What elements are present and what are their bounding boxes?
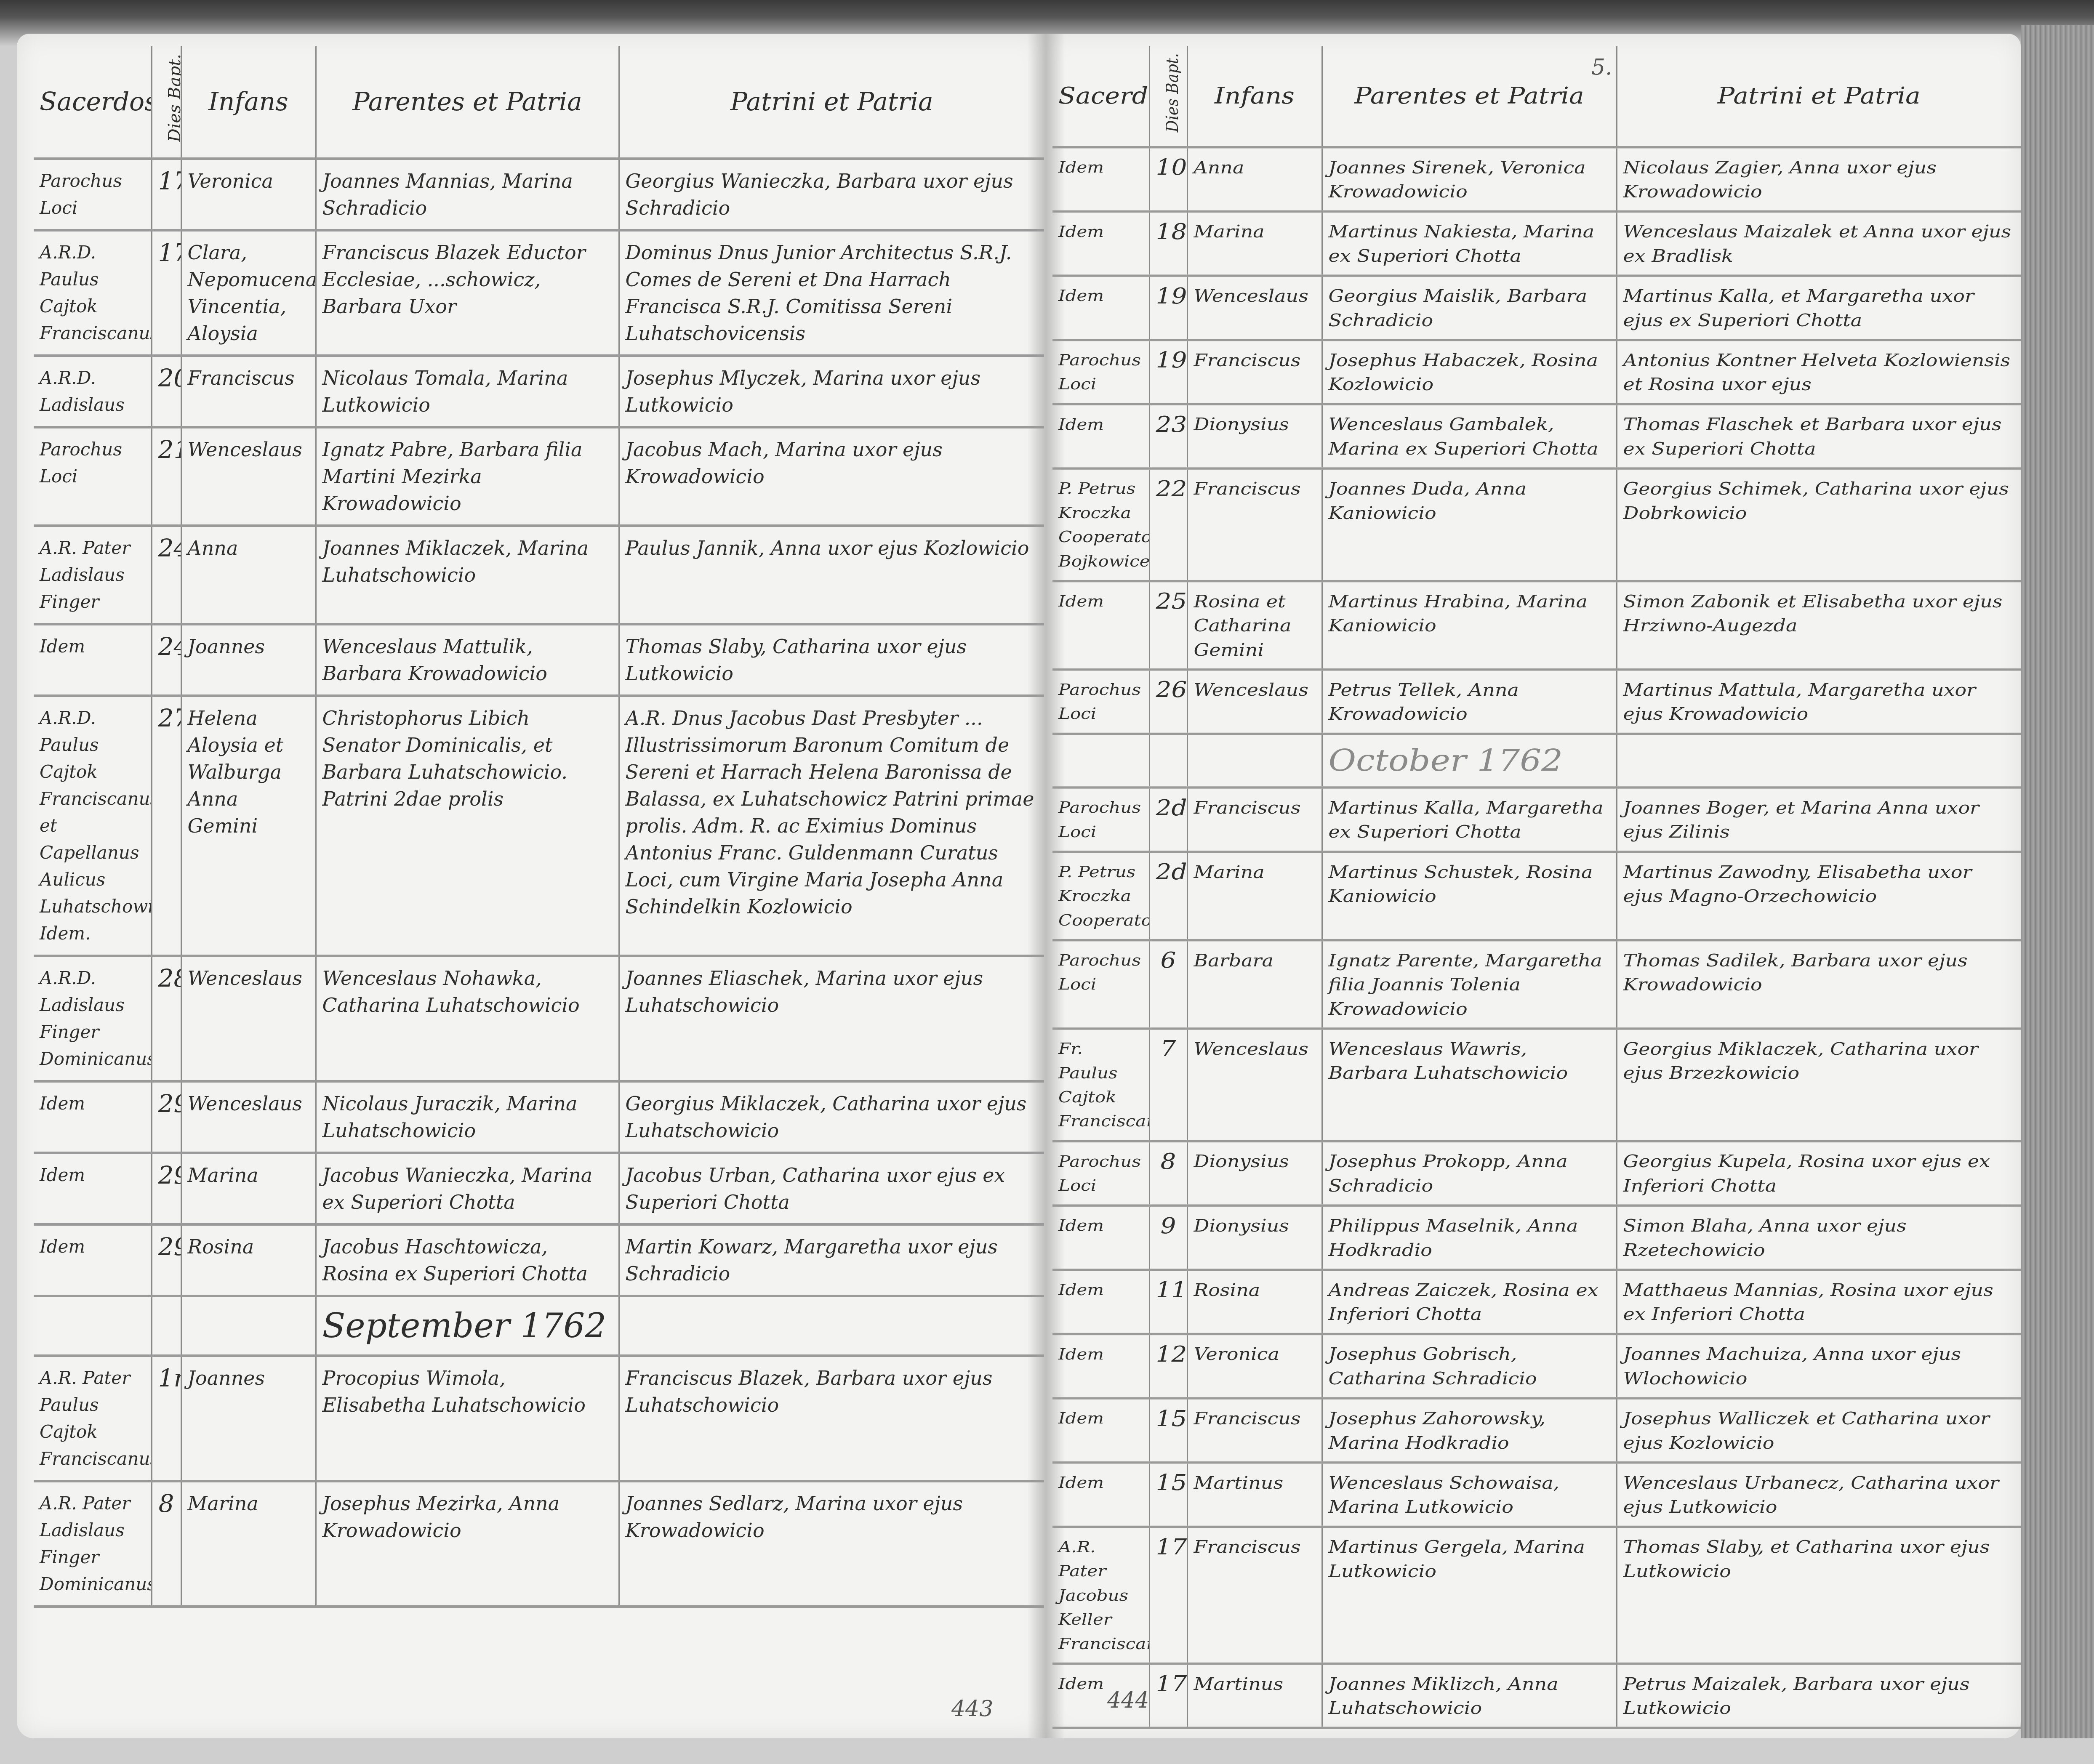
infans-cell: Wenceslaus [1187, 1029, 1322, 1141]
parentes-cell: Ignatz Parente, Margaretha filia Joannis… [1322, 940, 1617, 1029]
day-cell: 26 [1149, 670, 1187, 734]
patrini-cell: Martin Kowarz, Margaretha uxor ejus Schr… [619, 1224, 1044, 1296]
sacerdos-cell: Idem [1052, 147, 1149, 212]
day-cell: 2do [1149, 852, 1187, 940]
sacerdos-cell: Parochus Loci [34, 427, 152, 526]
infans-cell: Franciscus [181, 356, 316, 427]
sacerdos-cell: Idem [34, 624, 152, 696]
patrini-cell: Dominus Dnus Junior Architectus S.R.J. C… [619, 230, 1044, 356]
infans-cell: Joannes [181, 624, 316, 696]
sacerdos-cell: Parochus Loci [1052, 1141, 1149, 1206]
parentes-cell: Nicolaus Tomala, Marina Lutkowicio [316, 356, 619, 427]
sacerdos-cell: Idem [1052, 276, 1149, 340]
infans-cell: Rosina [1187, 1270, 1322, 1334]
left-register-table: Sacerdos Dies Bapt. Infans Parentes et P… [34, 46, 1044, 1608]
header-row: Sacerdos Dies Bapt. Infans Parentes et P… [34, 46, 1044, 159]
infans-cell: Veronica [1187, 1334, 1322, 1399]
corner-mark: 5. [1591, 55, 1612, 80]
book-spread: Sacerdos Dies Bapt. Infans Parentes et P… [0, 0, 2094, 1764]
patrini-cell: Wenceslaus Maizalek et Anna uxor ejus ex… [1617, 212, 2021, 276]
sacerdos-cell: A.R.D. Ladislaus [34, 356, 152, 427]
right-register-table: Sacerdos Dies Bapt. Infans Parentes et P… [1052, 46, 2021, 1729]
col-header-infans: Infans [1187, 46, 1322, 147]
infans-cell: Martinus [1187, 1463, 1322, 1527]
infans-cell: Veronica [181, 159, 316, 230]
parentes-cell: Joannes Mannias, Marina Schradicio [316, 159, 619, 230]
day-cell: 25 [1149, 581, 1187, 670]
day-cell: 22 [1149, 468, 1187, 581]
parentes-cell: Jacobus Haschtowicza, Rosina ex Superior… [316, 1224, 619, 1296]
infans-cell: Franciscus [1187, 1527, 1322, 1664]
empty-cell [1149, 734, 1187, 788]
day-cell: 11 [1149, 1270, 1187, 1334]
patrini-cell: Antonius Kontner Helveta Kozlowiensis et… [1617, 340, 2021, 404]
register-entry: A.R.D. Paulus Cajtok Franciscanus et Cap… [34, 696, 1044, 956]
patrini-cell: Nicolaus Zagier, Anna uxor ejus Krowadow… [1617, 147, 2021, 212]
col-header-sacerdos: Sacerdos [1052, 46, 1149, 147]
empty-cell [181, 1296, 316, 1356]
sacerdos-cell: Idem [1052, 1270, 1149, 1334]
month-heading: September 1762 [316, 1296, 619, 1356]
register-entry: Idem11RosinaAndreas Zaiczek, Rosina ex I… [1052, 1270, 2021, 1334]
patrini-cell: Simon Blaha, Anna uxor ejus Rzetechowici… [1617, 1206, 2021, 1270]
sacerdos-cell: Parochus Loci [1052, 788, 1149, 852]
parentes-cell: Wenceslaus Wawris, Barbara Luhatschowici… [1322, 1029, 1617, 1141]
empty-cell [619, 1296, 1044, 1356]
parentes-cell: Andreas Zaiczek, Rosina ex Inferiori Cho… [1322, 1270, 1617, 1334]
patrini-cell: Georgius Miklaczek, Catharina uxor ejus … [1617, 1029, 2021, 1141]
infans-cell: Wenceslaus [181, 956, 316, 1081]
parentes-cell: Josephus Prokopp, Anna Schradicio [1322, 1141, 1617, 1206]
infans-cell: Franciscus [1187, 1399, 1322, 1463]
sacerdos-cell: Idem [34, 1081, 152, 1153]
parentes-cell: Martinus Gergela, Marina Lutkowicio [1322, 1527, 1617, 1664]
infans-cell: Rosina et Catharina Gemini [1187, 581, 1322, 670]
patrini-cell: Georgius Kupela, Rosina uxor ejus ex Inf… [1617, 1141, 2021, 1206]
day-cell: 17 [1149, 1527, 1187, 1664]
parentes-cell: Christophorus Libich Senator Dominicalis… [316, 696, 619, 956]
day-cell: 6 [1149, 940, 1187, 1029]
parentes-cell: Martinus Nakiesta, Marina ex Superiori C… [1322, 212, 1617, 276]
parentes-cell: Procopius Wimola, Elisabetha Luhatschowi… [316, 1356, 619, 1481]
register-entry: Parochus Loci21WenceslausIgnatz Pabre, B… [34, 427, 1044, 526]
sacerdos-cell: P. Petrus Kroczka Cooperator Bojkowicens… [1052, 468, 1149, 581]
parentes-cell: Franciscus Blazek Eductor Ecclesiae, ...… [316, 230, 619, 356]
empty-cell [1617, 734, 2021, 788]
patrini-cell: Matthaeus Mannias, Rosina uxor ejus ex I… [1617, 1270, 2021, 1334]
infans-cell: Marina [181, 1153, 316, 1224]
day-cell: 18 [1149, 212, 1187, 276]
parentes-cell: Wenceslaus Schowaisa, Marina Lutkowicio [1322, 1463, 1617, 1527]
parentes-cell: Nicolaus Juraczik, Marina Luhatschowicio [316, 1081, 619, 1153]
page-edges [2021, 25, 2094, 1738]
day-cell: 28 [152, 956, 181, 1081]
patrini-cell: Georgius Schimek, Catharina uxor ejus Do… [1617, 468, 2021, 581]
parentes-cell: Joannes Duda, Anna Kaniowicio [1322, 468, 1617, 581]
patrini-cell: Georgius Miklaczek, Catharina uxor ejus … [619, 1081, 1044, 1153]
parentes-cell: Joannes Miklaczek, Marina Luhatschowicio [316, 526, 619, 624]
patrini-cell: Thomas Sadilek, Barbara uxor ejus Krowad… [1617, 940, 2021, 1029]
col-header-parentes: Parentes et Patria [1322, 46, 1617, 147]
infans-cell: Clara, Nepomucena, Vincentia, Aloysia [181, 230, 316, 356]
patrini-cell: Franciscus Blazek, Barbara uxor ejus Luh… [619, 1356, 1044, 1481]
register-entry: Idem25Rosina et Catharina GeminiMartinus… [1052, 581, 2021, 670]
day-cell: 17 [1149, 1664, 1187, 1728]
register-entry: A.R.D. Ladislaus Finger Dominicanus28Wen… [34, 956, 1044, 1081]
infans-cell: Franciscus [1187, 340, 1322, 404]
sacerdos-cell: A.R.D. Paulus Cajtok Franciscanus et Cap… [34, 696, 152, 956]
sacerdos-cell: A.R.D. Paulus Cajtok Franciscanus [34, 230, 152, 356]
register-entry: Idem17MartinusJoannes Miklizch, Anna Luh… [1052, 1664, 2021, 1728]
register-entry: Idem23DionysiusWenceslaus Gambalek, Mari… [1052, 404, 2021, 469]
parentes-cell: Josephus Mezirka, Anna Krowadowicio [316, 1481, 619, 1607]
infans-cell: Anna [181, 526, 316, 624]
patrini-cell: Joannes Machuiza, Anna uxor ejus Wlochow… [1617, 1334, 2021, 1399]
empty-cell [34, 1296, 152, 1356]
register-entry: Idem24JoannesWenceslaus Mattulik, Barbar… [34, 624, 1044, 696]
sacerdos-cell: Idem [1052, 1399, 1149, 1463]
register-entry: Parochus Loci19FranciscusJosephus Habacz… [1052, 340, 2021, 404]
patrini-cell: Joannes Boger, et Marina Anna uxor ejus … [1617, 788, 2021, 852]
day-cell: 29 [152, 1153, 181, 1224]
register-entry: Idem9DionysiusPhilippus Maselnik, Anna H… [1052, 1206, 2021, 1270]
day-cell: 10 [1149, 147, 1187, 212]
col-header-dies: Dies Bapt. [1149, 46, 1187, 147]
sacerdos-cell: Parochus Loci [1052, 670, 1149, 734]
month-heading-row: September 1762 [34, 1296, 1044, 1356]
sacerdos-cell: A.R. Pater Paulus Cajtok Franciscanus [34, 1356, 152, 1481]
day-cell: 12 [1149, 1334, 1187, 1399]
empty-cell [1052, 734, 1149, 788]
day-cell: 19 [1149, 340, 1187, 404]
parentes-cell: Wenceslaus Mattulik, Barbara Krowadowici… [316, 624, 619, 696]
patrini-cell: Joannes Eliaschek, Marina uxor ejus Luha… [619, 956, 1044, 1081]
infans-cell: Anna [1187, 147, 1322, 212]
col-header-sacerdos: Sacerdos [34, 46, 152, 159]
patrini-cell: Jacobus Mach, Marina uxor ejus Krowadowi… [619, 427, 1044, 526]
empty-cell [1187, 734, 1322, 788]
infans-cell: Wenceslaus [1187, 670, 1322, 734]
infans-cell: Dionysius [1187, 1141, 1322, 1206]
register-entry: Parochus Loci26WenceslausPetrus Tellek, … [1052, 670, 2021, 734]
patrini-cell: Simon Zabonik et Elisabetha uxor ejus Hr… [1617, 581, 2021, 670]
register-entry: A.R. Pater Jacobus Keller Franciscanus17… [1052, 1527, 2021, 1664]
day-cell: 19 [1149, 276, 1187, 340]
parentes-cell: Wenceslaus Nohawka, Catharina Luhatschow… [316, 956, 619, 1081]
register-entry: A.R.D. Ladislaus20FranciscusNicolaus Tom… [34, 356, 1044, 427]
parentes-cell: Martinus Hrabina, Marina Kaniowicio [1322, 581, 1617, 670]
infans-cell: Barbara [1187, 940, 1322, 1029]
register-entry: Idem18MarinaMartinus Nakiesta, Marina ex… [1052, 212, 2021, 276]
parentes-cell: Josephus Habaczek, Rosina Kozlowicio [1322, 340, 1617, 404]
sacerdos-cell: P. Petrus Kroczka Cooperator [1052, 852, 1149, 940]
register-entry: A.R. Pater Paulus Cajtok Franciscanus1ma… [34, 1356, 1044, 1481]
patrini-cell: Martinus Zawodny, Elisabetha uxor ejus M… [1617, 852, 2021, 940]
patrini-cell: Josephus Mlyczek, Marina uxor ejus Lutko… [619, 356, 1044, 427]
infans-cell: Marina [1187, 852, 1322, 940]
parentes-cell: Petrus Tellek, Anna Krowadowicio [1322, 670, 1617, 734]
register-entry: Idem15MartinusWenceslaus Schowaisa, Mari… [1052, 1463, 2021, 1527]
infans-cell: Franciscus [1187, 468, 1322, 581]
header-row: Sacerdos Dies Bapt. Infans Parentes et P… [1052, 46, 2021, 147]
infans-cell: Dionysius [1187, 404, 1322, 469]
col-header-parentes: Parentes et Patria [316, 46, 619, 159]
register-entry: P. Petrus Kroczka Cooperator Bojkowicens… [1052, 468, 2021, 581]
sacerdos-cell: Parochus Loci [34, 159, 152, 230]
register-entry: Idem29MarinaJacobus Wanieczka, Marina ex… [34, 1153, 1044, 1224]
sacerdos-cell: Parochus Loci [1052, 340, 1149, 404]
register-entry: Parochus Loci8DionysiusJosephus Prokopp,… [1052, 1141, 2021, 1206]
patrini-cell: Paulus Jannik, Anna uxor ejus Kozlowicio [619, 526, 1044, 624]
register-entry: A.R. Pater Ladislaus Finger Dominicanus8… [34, 1481, 1044, 1607]
parentes-cell: Josephus Gobrisch, Catharina Schradicio [1322, 1334, 1617, 1399]
infans-cell: Marina [181, 1481, 316, 1607]
sacerdos-cell: Idem [1052, 1334, 1149, 1399]
parentes-cell: Wenceslaus Gambalek, Marina ex Superiori… [1322, 404, 1617, 469]
col-header-infans: Infans [181, 46, 316, 159]
parentes-cell: Philippus Maselnik, Anna Hodkradio [1322, 1206, 1617, 1270]
infans-cell: Marina [1187, 212, 1322, 276]
register-entry: Idem19WenceslausGeorgius Maislik, Barbar… [1052, 276, 2021, 340]
parentes-cell: Martinus Kalla, Margaretha ex Superiori … [1322, 788, 1617, 852]
day-cell: 29 [152, 1081, 181, 1153]
register-entry: Parochus Loci2doFranciscusMartinus Kalla… [1052, 788, 2021, 852]
infans-cell: Wenceslaus [181, 1081, 316, 1153]
sacerdos-cell: Fr. Paulus Cajtok Franciscanus [1052, 1029, 1149, 1141]
month-heading: October 1762 [1322, 734, 1617, 788]
day-cell: 9 [1149, 1206, 1187, 1270]
sacerdos-cell: Parochus Loci [1052, 940, 1149, 1029]
day-cell: 29 [152, 1224, 181, 1296]
sacerdos-cell: Idem [1052, 581, 1149, 670]
empty-cell [152, 1296, 181, 1356]
infans-cell: Wenceslaus [181, 427, 316, 526]
parentes-cell: Ignatz Pabre, Barbara filia Martini Mezi… [316, 427, 619, 526]
register-entry: Parochus Loci17VeronicaJoannes Mannias, … [34, 159, 1044, 230]
sacerdos-cell: Idem [1052, 1463, 1149, 1527]
col-header-patrini: Patrini et Patria [1617, 46, 2021, 147]
infans-cell: Rosina [181, 1224, 316, 1296]
col-header-dies: Dies Bapt. [152, 46, 181, 159]
parentes-cell: Georgius Maislik, Barbara Schradicio [1322, 276, 1617, 340]
infans-cell: Joannes [181, 1356, 316, 1481]
day-cell: 8 [152, 1481, 181, 1607]
infans-cell: Helena Aloysia et Walburga Anna Gemini [181, 696, 316, 956]
day-cell: 23 [1149, 404, 1187, 469]
register-entry: Idem15FranciscusJosephus Zahorowsky, Mar… [1052, 1399, 2021, 1463]
patrini-cell: A.R. Dnus Jacobus Dast Presbyter ... Ill… [619, 696, 1044, 956]
register-entry: Idem29WenceslausNicolaus Juraczik, Marin… [34, 1081, 1044, 1153]
day-cell: 24 [152, 624, 181, 696]
day-cell: 7 [1149, 1029, 1187, 1141]
day-cell: 8 [1149, 1141, 1187, 1206]
register-entry: Idem10AnnaJoannes Sirenek, Veronica Krow… [1052, 147, 2021, 212]
register-entry: Parochus Loci6BarbaraIgnatz Parente, Mar… [1052, 940, 2021, 1029]
sacerdos-cell: Idem [1052, 1206, 1149, 1270]
patrini-cell: Thomas Flaschek et Barbara uxor ejus ex … [1617, 404, 2021, 469]
day-cell: 21 [152, 427, 181, 526]
patrini-cell: Martinus Mattula, Margaretha uxor ejus K… [1617, 670, 2021, 734]
register-entry: P. Petrus Kroczka Cooperator2doMarinaMar… [1052, 852, 2021, 940]
register-entry: Idem29RosinaJacobus Haschtowicza, Rosina… [34, 1224, 1044, 1296]
infans-cell: Martinus [1187, 1664, 1322, 1728]
month-heading-row: October 1762 [1052, 734, 2021, 788]
patrini-cell: Thomas Slaby, Catharina uxor ejus Lutkow… [619, 624, 1044, 696]
left-page-number: 443 [951, 1696, 993, 1721]
day-cell: 17 [152, 159, 181, 230]
parentes-cell: Martinus Schustek, Rosina Kaniowicio [1322, 852, 1617, 940]
day-cell: 2do [1149, 788, 1187, 852]
patrini-cell: Joannes Sedlarz, Marina uxor ejus Krowad… [619, 1481, 1044, 1607]
sacerdos-cell: Idem [34, 1224, 152, 1296]
sacerdos-cell: A.R. Pater Ladislaus Finger [34, 526, 152, 624]
patrini-cell: Jacobus Urban, Catharina uxor ejus ex Su… [619, 1153, 1044, 1224]
day-cell: 15 [1149, 1399, 1187, 1463]
register-entry: Idem12VeronicaJosephus Gobrisch, Cathari… [1052, 1334, 2021, 1399]
infans-cell: Dionysius [1187, 1206, 1322, 1270]
patrini-cell: Josephus Walliczek et Catharina uxor eju… [1617, 1399, 2021, 1463]
sacerdos-cell: Idem [34, 1153, 152, 1224]
infans-cell: Franciscus [1187, 788, 1322, 852]
parentes-cell: Joannes Miklizch, Anna Luhatschowicio [1322, 1664, 1617, 1728]
sacerdos-cell: A.R.D. Ladislaus Finger Dominicanus [34, 956, 152, 1081]
sacerdos-cell: Idem [1052, 404, 1149, 469]
patrini-cell: Petrus Maizalek, Barbara uxor ejus Lutko… [1617, 1664, 2021, 1728]
patrini-cell: Thomas Slaby, et Catharina uxor ejus Lut… [1617, 1527, 2021, 1664]
patrini-cell: Wenceslaus Urbanecz, Catharina uxor ejus… [1617, 1463, 2021, 1527]
sacerdos-cell: Idem [1052, 212, 1149, 276]
col-header-patrini: Patrini et Patria [619, 46, 1044, 159]
patrini-cell: Georgius Wanieczka, Barbara uxor ejus Sc… [619, 159, 1044, 230]
infans-cell: Wenceslaus [1187, 276, 1322, 340]
register-entry: A.R. Pater Ladislaus Finger24AnnaJoannes… [34, 526, 1044, 624]
sacerdos-cell: A.R. Pater Jacobus Keller Franciscanus [1052, 1527, 1149, 1664]
day-cell: 24 [152, 526, 181, 624]
day-cell: 17 [152, 230, 181, 356]
parentes-cell: Josephus Zahorowsky, Marina Hodkradio [1322, 1399, 1617, 1463]
day-cell: 27 [152, 696, 181, 956]
day-cell: 1ma [152, 1356, 181, 1481]
day-cell: 20 [152, 356, 181, 427]
parentes-cell: Joannes Sirenek, Veronica Krowadowicio [1322, 147, 1617, 212]
patrini-cell: Martinus Kalla, et Margaretha uxor ejus … [1617, 276, 2021, 340]
right-page-number: 444 [1107, 1688, 1149, 1713]
register-entry: A.R.D. Paulus Cajtok Franciscanus17Clara… [34, 230, 1044, 356]
day-cell: 15 [1149, 1463, 1187, 1527]
register-entry: Fr. Paulus Cajtok Franciscanus7Wenceslau… [1052, 1029, 2021, 1141]
sacerdos-cell: A.R. Pater Ladislaus Finger Dominicanus [34, 1481, 152, 1607]
parentes-cell: Jacobus Wanieczka, Marina ex Superiori C… [316, 1153, 619, 1224]
